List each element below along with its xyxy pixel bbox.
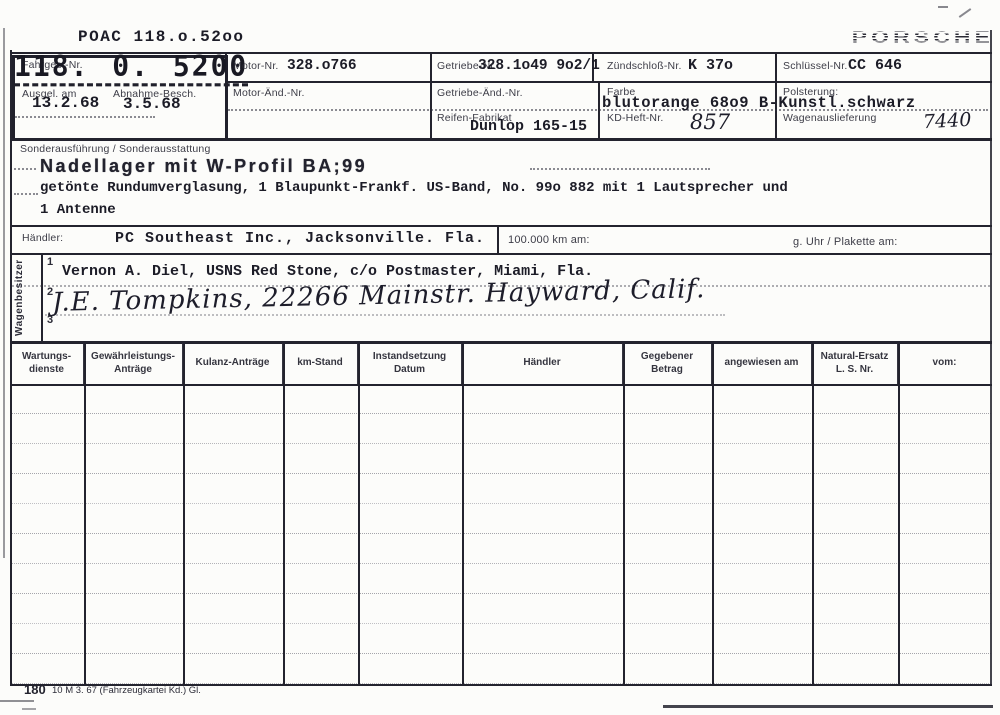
special-equipment-line2: getönte Rundumverglasung, 1 Blaupunkt-Fr… bbox=[40, 180, 788, 196]
vehicle-record-card: POAC 118.o.52oo PORSCHE Fahrgest-Nr. 118… bbox=[0, 0, 1000, 715]
special-equipment-line1: Nadellager mit W-Profil BA;99 bbox=[40, 156, 367, 177]
scan-noise-row bbox=[10, 624, 991, 654]
issued-value: 13.2.68 bbox=[32, 94, 99, 112]
scan-noise-row bbox=[10, 534, 991, 564]
gearbox-mod-label: Getriebe-Änd.-Nr. bbox=[437, 87, 523, 99]
scan-noise-row bbox=[10, 594, 991, 624]
dotted-separator bbox=[15, 116, 155, 118]
grid-line bbox=[358, 343, 360, 684]
service-table-header: Wartungs- dienste Gewährleistungs- Anträ… bbox=[10, 343, 991, 384]
grid-line bbox=[10, 253, 992, 255]
dotted-artifact bbox=[14, 193, 38, 195]
scan-edge-line bbox=[22, 708, 36, 710]
dotted-artifact bbox=[14, 168, 36, 170]
dealer-value: PC Southeast Inc., Jacksonville. Fla. bbox=[115, 230, 485, 247]
kd-booklet-value: 857 bbox=[690, 110, 730, 134]
special-equipment-label: Sonderausführung / Sonderausstattung bbox=[20, 143, 211, 155]
grid-line bbox=[898, 343, 900, 684]
colour-value: blutorange 68o9 B-Kunstl.schwarz bbox=[602, 94, 916, 112]
owner-row-number: 1 bbox=[47, 256, 53, 268]
table-header-cell: Instandsetzung Datum bbox=[358, 343, 462, 384]
scan-noise-row bbox=[10, 444, 991, 474]
ignition-lock-value: K 37o bbox=[688, 57, 733, 74]
table-header-cell: Kulanz-Anträge bbox=[183, 343, 283, 384]
table-header-cell: Wartungs- dienste bbox=[10, 343, 84, 384]
scan-noise-row bbox=[10, 474, 991, 504]
grid-line bbox=[812, 343, 814, 684]
owner-2-entry: J.E. Tompkins, 22266 Mainstr. Hayward, C… bbox=[52, 274, 706, 318]
kd-booklet-label: KD-Heft-Nr. bbox=[607, 112, 663, 124]
ignition-lock-label: Zündschloß-Nr. bbox=[607, 60, 682, 72]
scan-edge-line bbox=[0, 700, 34, 702]
owner-section-label: Wagenbesitzer bbox=[14, 258, 40, 338]
delivery-value: 7440 bbox=[922, 109, 971, 134]
gearbox-no-value: 328.1o49 9o2/1 bbox=[478, 58, 600, 74]
table-header-cell: Gegebener Betrag bbox=[623, 343, 712, 384]
scan-edge-line bbox=[663, 705, 993, 708]
porsche-logo: PORSCHE bbox=[790, 28, 994, 47]
dotted-separator bbox=[45, 314, 725, 316]
dotted-artifact bbox=[530, 168, 710, 170]
engine-mod-label: Motor-Änd.-Nr. bbox=[233, 87, 305, 99]
scan-noise-row bbox=[10, 384, 991, 414]
footer-form-number: 180 bbox=[24, 682, 46, 697]
key-no-label: Schlüssel-Nr. bbox=[783, 60, 847, 72]
clock-badge-label: g. Uhr / Plakette am: bbox=[793, 236, 897, 248]
card-code: POAC 118.o.52oo bbox=[78, 28, 245, 46]
dealer-label: Händler: bbox=[22, 232, 63, 244]
grid-line bbox=[183, 343, 185, 684]
table-header-cell: Händler bbox=[462, 343, 623, 384]
grid-line bbox=[462, 343, 464, 684]
scan-noise-row bbox=[10, 414, 991, 444]
acceptance-value: 3.5.68 bbox=[123, 95, 181, 113]
tyre-make-value: Dunlop 165-15 bbox=[470, 118, 587, 135]
engine-no-label: Motor-Nr. bbox=[233, 60, 279, 72]
scan-noise-row bbox=[10, 504, 991, 534]
grid-line bbox=[283, 343, 285, 684]
km-100000-label: 100.000 km am: bbox=[508, 234, 590, 246]
table-header-cell: Natural-Ersatz L. S. Nr. bbox=[812, 343, 898, 384]
key-no-value: CC 646 bbox=[848, 57, 902, 74]
grid-line bbox=[712, 343, 714, 684]
grid-line bbox=[84, 343, 86, 684]
scan-mark bbox=[959, 8, 972, 18]
table-header-cell: km-Stand bbox=[283, 343, 358, 384]
scan-noise-row bbox=[10, 564, 991, 594]
table-header-cell: angewiesen am bbox=[712, 343, 812, 384]
upholstery-label: Polsterung: bbox=[783, 86, 838, 98]
grid-line bbox=[10, 225, 992, 227]
grid-line bbox=[623, 343, 625, 684]
service-table-body bbox=[10, 384, 991, 684]
table-header-cell: Gewährleistungs- Anträge bbox=[84, 343, 183, 384]
section-divider-heavy bbox=[10, 138, 992, 141]
grid-line bbox=[41, 253, 43, 341]
engine-no-value: 328.o766 bbox=[287, 58, 357, 74]
grid-line bbox=[430, 52, 432, 138]
scan-edge-line bbox=[3, 28, 5, 558]
scan-noise-row bbox=[10, 654, 991, 684]
scan-mark bbox=[938, 6, 948, 8]
delivery-label: Wagenauslieferung bbox=[783, 112, 877, 124]
footer-print-info: 10 M 3. 67 (Fahrzeugkartei Kd.) Gl. bbox=[52, 685, 201, 696]
special-equipment-line3: 1 Antenne bbox=[40, 202, 116, 218]
grid-line bbox=[497, 227, 499, 253]
chassis-number-stamp: 118. 0. 5200 bbox=[14, 50, 248, 87]
grid-line bbox=[225, 81, 992, 83]
table-header-cell: vom: bbox=[898, 343, 991, 384]
